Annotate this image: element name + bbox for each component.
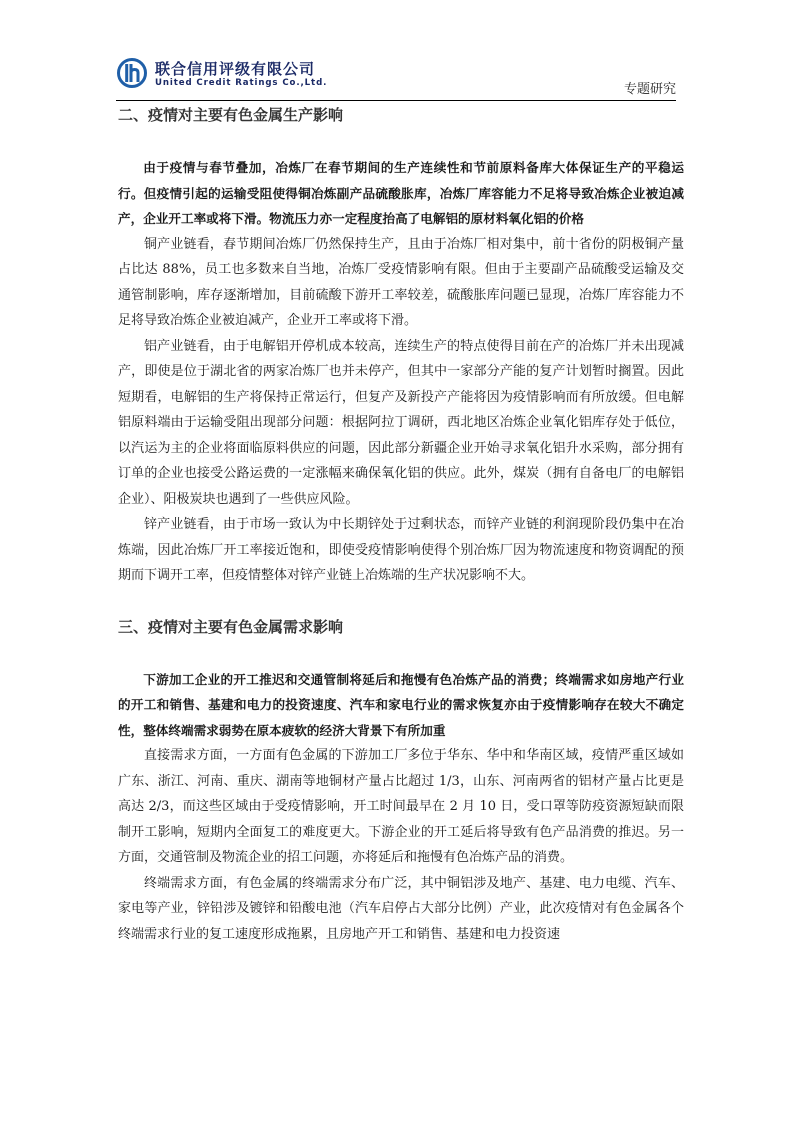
spacer	[118, 639, 684, 667]
paragraph-end-demand: 终端需求方面，有色金属的终端需求分布广泛，其中铜铝涉及地产、基建、电力电缆、汽车…	[118, 871, 684, 948]
document-body: 二、疫情对主要有色金属生产影响 由于疫情与春节叠加，冶炼厂在春节期间的生产连续性…	[118, 103, 684, 947]
section-summary: 下游加工企业的开工推迟和交通管制将延后和拖慢有色冶炼产品的消费；终端需求如房地产…	[118, 667, 684, 744]
page-header: 联合信用评级有限公司 United Credit Ratings Co.,Ltd…	[114, 56, 676, 98]
paragraph-direct-demand: 直接需求方面，一方面有色金属的下游加工厂多位于华东、华中和华南区域，疫情严重区域…	[118, 743, 684, 871]
paragraph-aluminum: 铝产业链看，由于电解铝开停机成本较高，连续生产的特点使得目前在产的冶炼厂并未出现…	[118, 334, 684, 513]
section-title: 二、疫情对主要有色金属生产影响	[118, 103, 684, 127]
spacer	[118, 127, 684, 155]
paragraph-zinc: 锌产业链看，由于市场一致认为中长期锌处于过剩状态，而锌产业链的利润现阶段仍集中在…	[118, 512, 684, 589]
company-name-cn: 联合信用评级有限公司	[155, 58, 315, 79]
company-name-en: United Credit Ratings Co.,Ltd.	[155, 78, 327, 88]
paragraph-copy: 铜产业链看，春节期间冶炼厂仍然保持生产，且由于冶炼厂相对集中，前十省份的阴极铜产…	[118, 232, 684, 334]
uc-ratings-logo-icon	[117, 58, 147, 88]
spacer	[118, 589, 684, 615]
section-title: 三、疫情对主要有色金属需求影响	[118, 615, 684, 639]
header-divider	[116, 100, 676, 101]
document-type-label: 专题研究	[624, 78, 676, 97]
section-summary: 由于疫情与春节叠加，冶炼厂在春节期间的生产连续性和节前原料备库大体保证生产的平稳…	[118, 155, 684, 232]
